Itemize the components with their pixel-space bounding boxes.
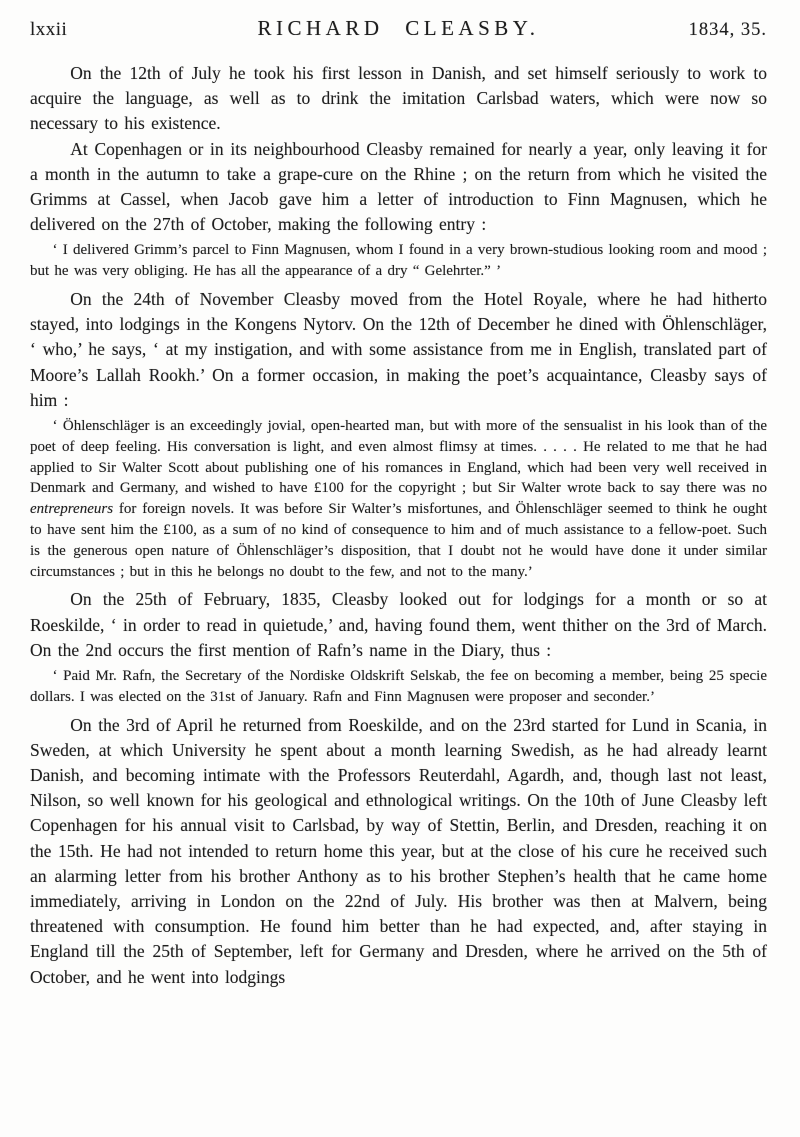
paragraph-hotel-royale: On the 24th of November Cleasby moved fr…: [30, 287, 767, 413]
book-page: lxxii RICHARD CLEASBY. 1834, 35. On the …: [0, 0, 800, 1137]
folio-number: lxxii: [30, 19, 214, 41]
italic-word-entrepreneurs: entrepreneurs: [30, 501, 113, 517]
quote-text-segment: ‘ Öhlenschläger is an exceedingly jovial…: [30, 418, 767, 496]
running-title: RICHARD CLEASBY.: [214, 16, 583, 41]
paragraph-roeskilde-lodgings: On the 25th of February, 1835, Cleasby l…: [30, 587, 767, 663]
paragraph-copenhagen-year: At Copenhagen or in its neighbourhood Cl…: [30, 137, 767, 238]
diary-quote-rafn: ‘ Paid Mr. Rafn, the Secretary of the No…: [30, 666, 767, 708]
year-range: 1834, 35.: [583, 20, 767, 41]
page-body: On the 12th of July he took his first le…: [30, 61, 767, 990]
paragraph-danish-lessons: On the 12th of July he took his first le…: [30, 61, 767, 137]
quote-text-segment: for foreign novels. It was before Sir Wa…: [30, 501, 767, 579]
paragraph-lund-carlsbad-return: On the 3rd of April he returned from Roe…: [30, 713, 767, 990]
diary-quote-magnusen: ‘ I delivered Grimm’s parcel to Finn Mag…: [30, 240, 767, 282]
page-header: lxxii RICHARD CLEASBY. 1834, 35.: [30, 16, 767, 41]
diary-quote-ohlenschlager: ‘ Öhlenschläger is an exceedingly jovial…: [30, 416, 767, 582]
